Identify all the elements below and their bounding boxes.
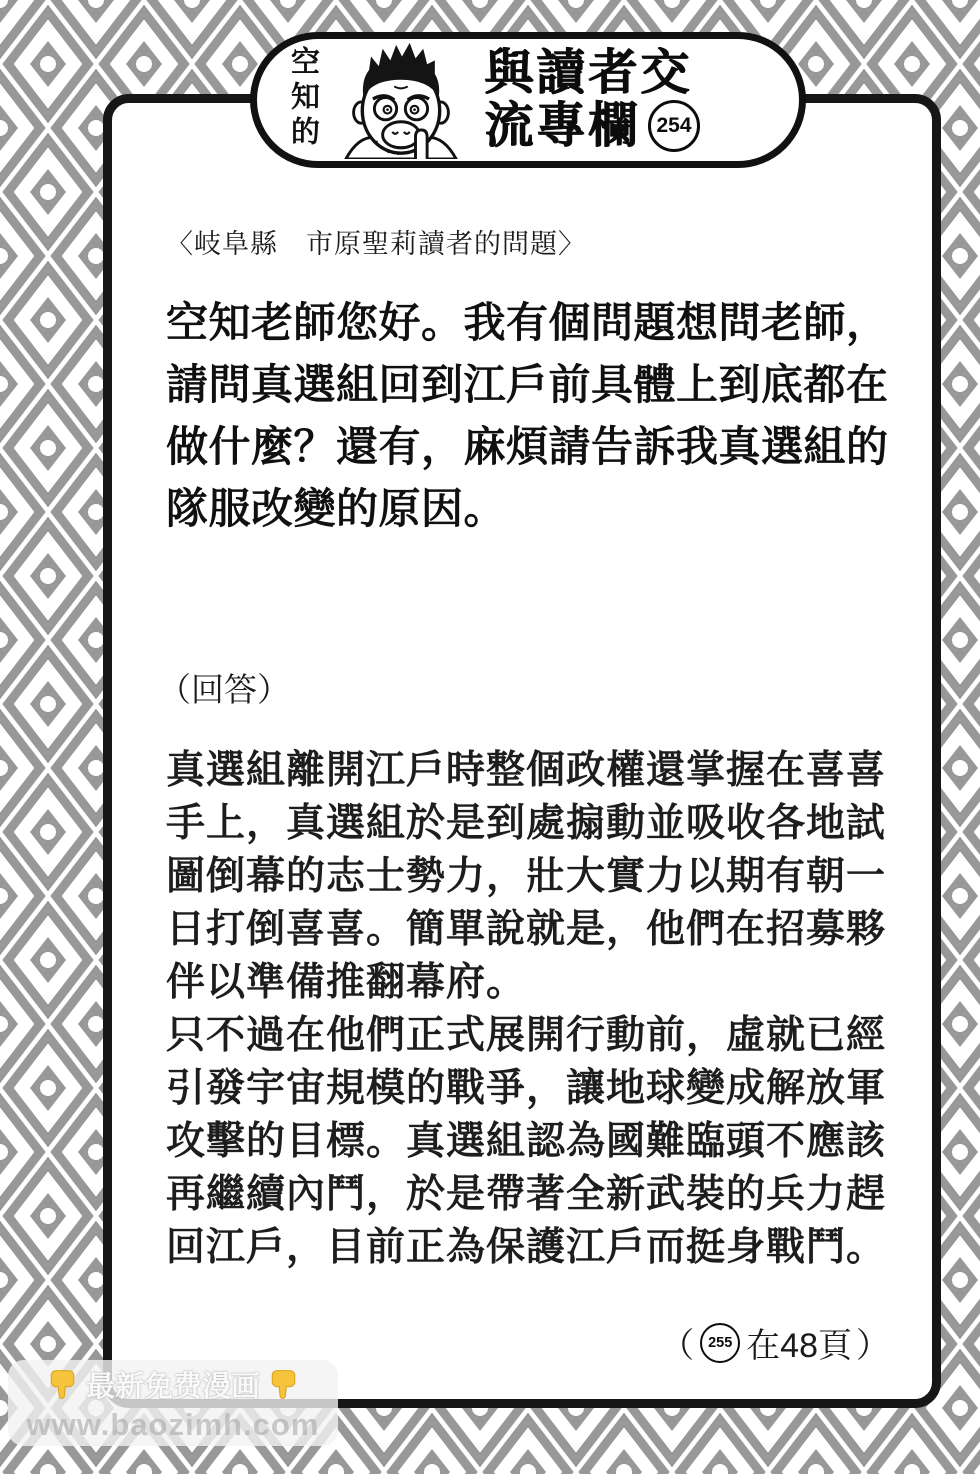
answer-label: （回答）: [158, 664, 290, 711]
column-header: 空知的: [250, 32, 806, 168]
column-title: 與讀者交 流專欄 254: [484, 47, 700, 153]
page-note-text: 在48頁: [746, 1318, 852, 1367]
answer-paragraph-1: 真選組離開江戶時整個政權還掌握在喜喜 手上，真選組於是到處搧動並吸收各地試 圖倒…: [166, 744, 914, 1009]
site-watermark: 最新免费漫画 www.baozimh.com: [8, 1360, 338, 1446]
next-issue-number-badge: 255: [700, 1323, 740, 1363]
answer-paragraph-2: 只不過在他們正式展開行動前，虛就已經 引發宇宙規模的戰爭，讓地球變成解放軍 攻擊…: [166, 1009, 914, 1274]
issue-number-badge: 254: [648, 100, 700, 152]
pointing-down-hand-icon: [270, 1369, 297, 1399]
page-note-open: （: [660, 1318, 694, 1367]
column-title-line1: 與讀者交: [484, 47, 700, 100]
watermark-url: www.baozimh.com: [27, 1407, 320, 1443]
pointing-down-hand-icon: [49, 1369, 76, 1399]
page-note-close: ）: [856, 1318, 890, 1367]
next-column-page-note: （ 255 在48頁 ）: [560, 1318, 890, 1367]
column-title-line2: 流專欄: [484, 100, 640, 153]
sorachi-gorilla-avatar: [332, 41, 470, 159]
author-label: 空知的: [283, 46, 324, 158]
question-source: 〈岐阜縣 市原聖莉讀者的問題〉: [166, 222, 586, 261]
watermark-tagline: 最新免费漫画: [49, 1364, 297, 1405]
reader-question-text: 空知老師您好。我有個問題想問老師， 請問真選組回到江戶前具體上到底都在 做什麼？…: [166, 292, 914, 540]
manga-reader-column-page: 〈岐阜縣 市原聖莉讀者的問題〉 空知老師您好。我有個問題想問老師， 請問真選組回…: [0, 0, 980, 1474]
